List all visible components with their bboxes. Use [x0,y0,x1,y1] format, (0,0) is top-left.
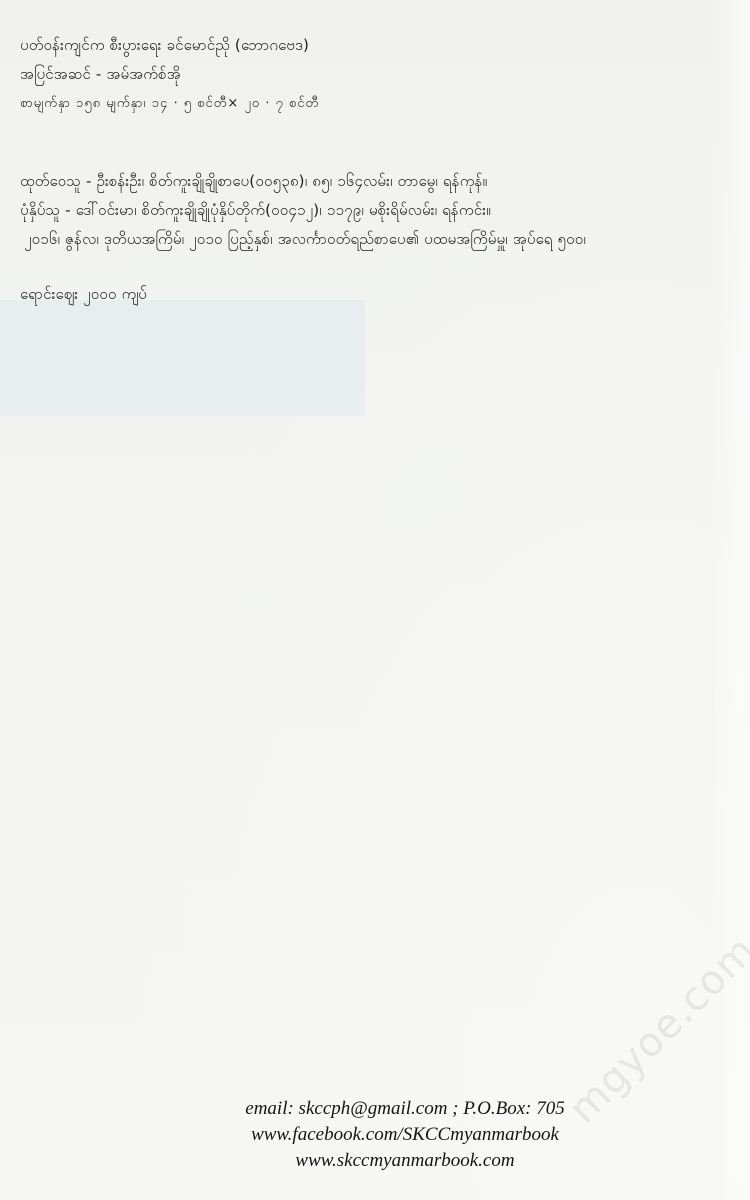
edition-line: ၂၀၁၆၊ ဇွန်လ၊ ဒုတိယအကြိမ်၊ ၂၀၁၀ ပြည့်နှစ်… [24,228,586,250]
facebook-link[interactable]: www.facebook.com/SKCCmyanmarbook [0,1122,750,1148]
price-line: ရောင်းဈေး ၂၀၀၀ ကျပ် [20,283,147,305]
cover-design-line: အပြင်အဆင် - အမ်အက်စ်အို [20,63,181,85]
publisher-line: ထုတ်ဝေသူ - ဦးစန်းဦး၊ စိတ်ကူးချိုချိုစာပေ… [20,170,487,192]
dimensions-line: စာမျက်နှာ ၁၅၈ မျက်နှာ၊ ၁၄ ⋅ ၅ စင်တီ× ၂၀ … [20,93,319,115]
book-imprint-page: ပတ်ဝန်းကျင်က စီးပွားရေး ခင်မောင်ညို (ဘော… [0,0,750,1200]
paper-edge-highlight [710,0,750,1200]
email-line: email: skccph@gmail.com ; P.O.Box: 705 [0,1096,750,1122]
book-title-line: ပတ်ဝန်းကျင်က စီးပွားရေး ခင်မောင်ညို (ဘော… [20,34,309,56]
printer-line: ပုံနှိပ်သူ - ဒေါ်ဝင်းမာ၊ စိတ်ကူးချိုချို… [20,199,491,221]
paper-tint-block [0,300,365,416]
website-link[interactable]: www.skccmyanmarbook.com [0,1148,750,1174]
contact-block: email: skccph@gmail.com ; P.O.Box: 705 w… [0,1096,750,1174]
